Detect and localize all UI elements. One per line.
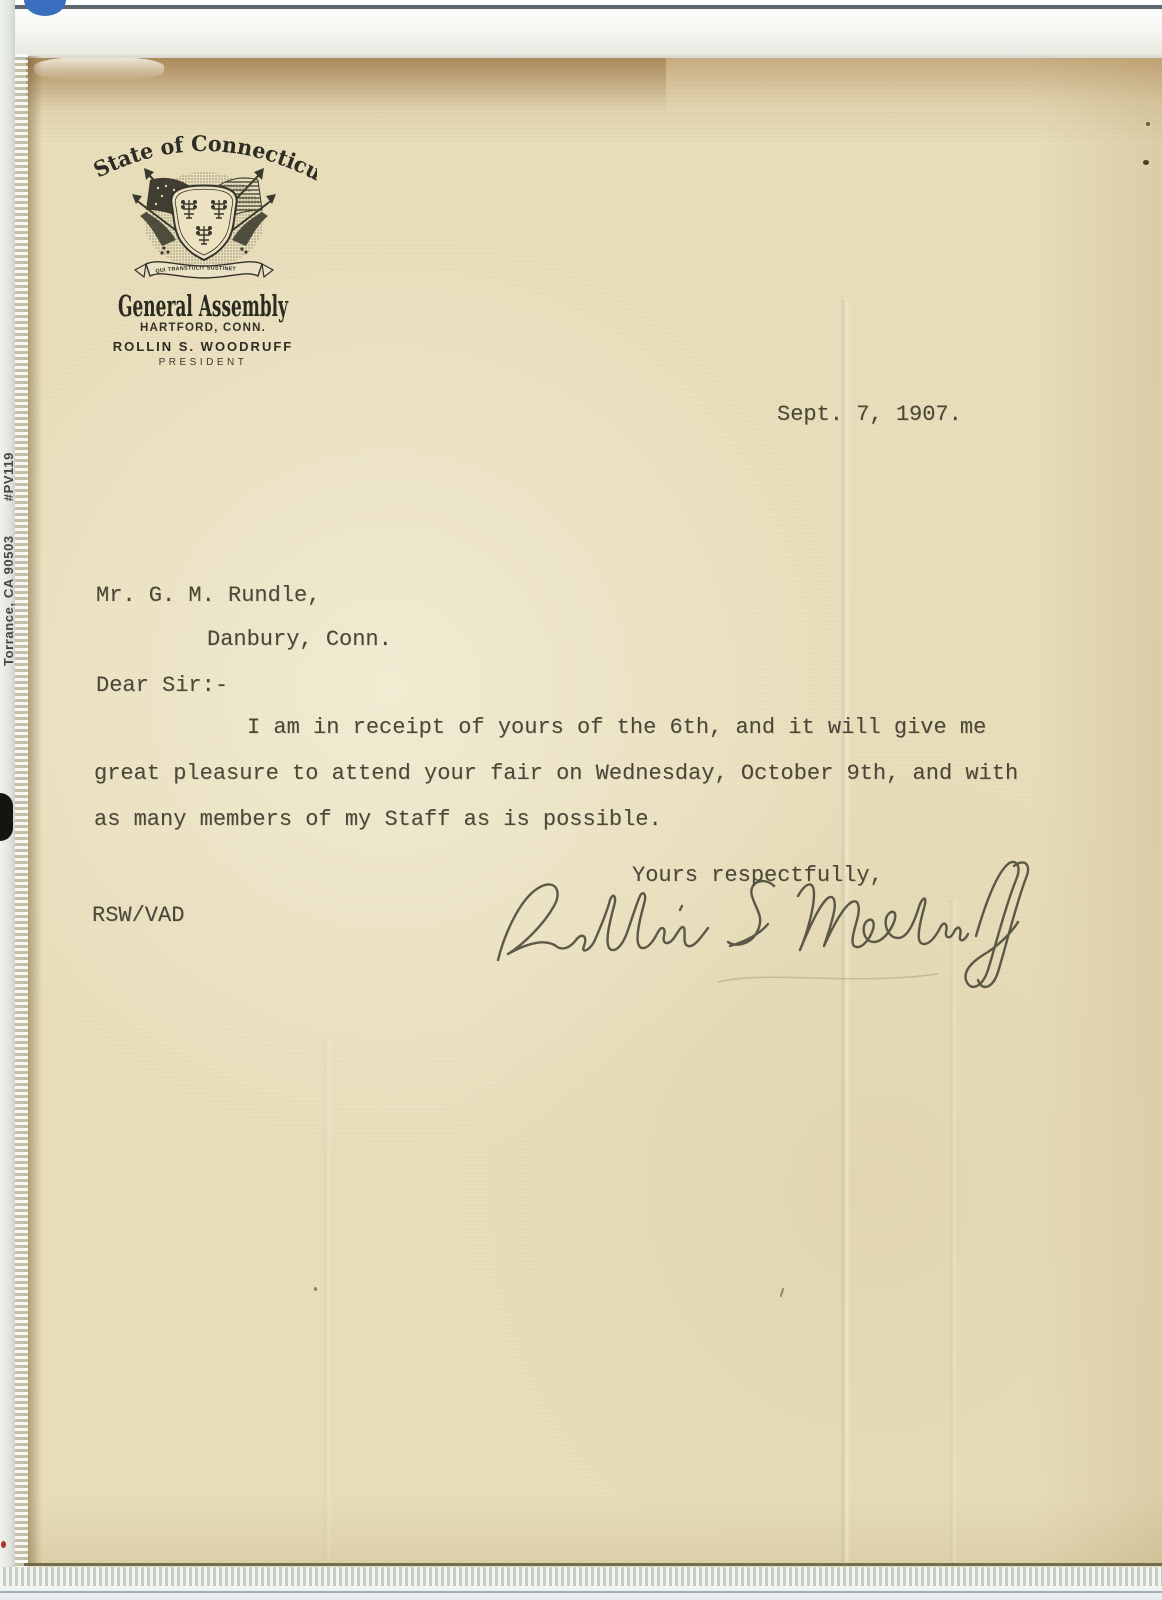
signature-rollin xyxy=(498,884,708,960)
sleeve-left-shadow xyxy=(28,56,42,1566)
recipient-city-line: Danbury, Conn. xyxy=(207,628,392,652)
ribbon-end-right xyxy=(262,264,273,277)
signature-s xyxy=(728,881,774,946)
seller-label-address: Torrance, CA 90503 xyxy=(1,535,16,666)
scanned-letter-photo: Torrance, CA 90503 #PV119 State of Conne… xyxy=(0,0,1162,1600)
signature-woodruff xyxy=(798,884,968,950)
paper-bottom-edge xyxy=(24,1563,1162,1566)
sleeve-top-edge-line xyxy=(0,5,1162,9)
letterhead-org: General Assembly xyxy=(116,286,290,326)
signature-i-dot xyxy=(680,906,682,910)
salutation: Dear Sir:- xyxy=(96,674,228,698)
body-line-1: I am in receipt of yours of the 6th, and… xyxy=(247,716,986,740)
state-coat-of-arms: QUI TRANSTULIT SUSTINET xyxy=(128,160,280,294)
letterhead-city: HARTFORD, CONN. xyxy=(95,322,311,334)
sleeve-bottom-seam xyxy=(0,1567,1162,1586)
foxing-spot xyxy=(314,1287,317,1291)
faint-impression-line xyxy=(718,974,938,982)
ribbon-end-left xyxy=(135,264,146,277)
foxing-spot xyxy=(1143,160,1149,165)
vertical-fold-line xyxy=(322,1040,332,1560)
seller-label-code: #PV119 xyxy=(1,452,16,501)
body-line-2: great pleasure to attend your fair on We… xyxy=(94,762,1018,786)
body-line-3: as many members of my Staff as is possib… xyxy=(94,808,662,832)
signature-script xyxy=(468,852,1043,1002)
sleeve-bottom-band xyxy=(0,1586,1162,1600)
paper-corner-highlight xyxy=(34,57,164,81)
signature-ff-loops xyxy=(966,862,1029,987)
letter-date: Sept. 7, 1907. xyxy=(777,403,962,427)
black-edge-mark xyxy=(0,793,13,841)
foxing-spot xyxy=(1146,122,1150,126)
sleeve-left-seam xyxy=(15,54,28,1570)
typist-initials: RSW/VAD xyxy=(92,904,184,928)
org-text: General Assembly xyxy=(118,289,289,323)
recipient-name-line: Mr. G. M. Rundle, xyxy=(96,584,320,608)
letterhead-officer-title: PRESIDENT xyxy=(95,357,311,368)
sleeve-bottom-edge-line xyxy=(0,1591,1162,1593)
letterhead-officer-name: ROLLIN S. WOODRUFF xyxy=(95,339,311,354)
red-speck xyxy=(1,1541,6,1548)
